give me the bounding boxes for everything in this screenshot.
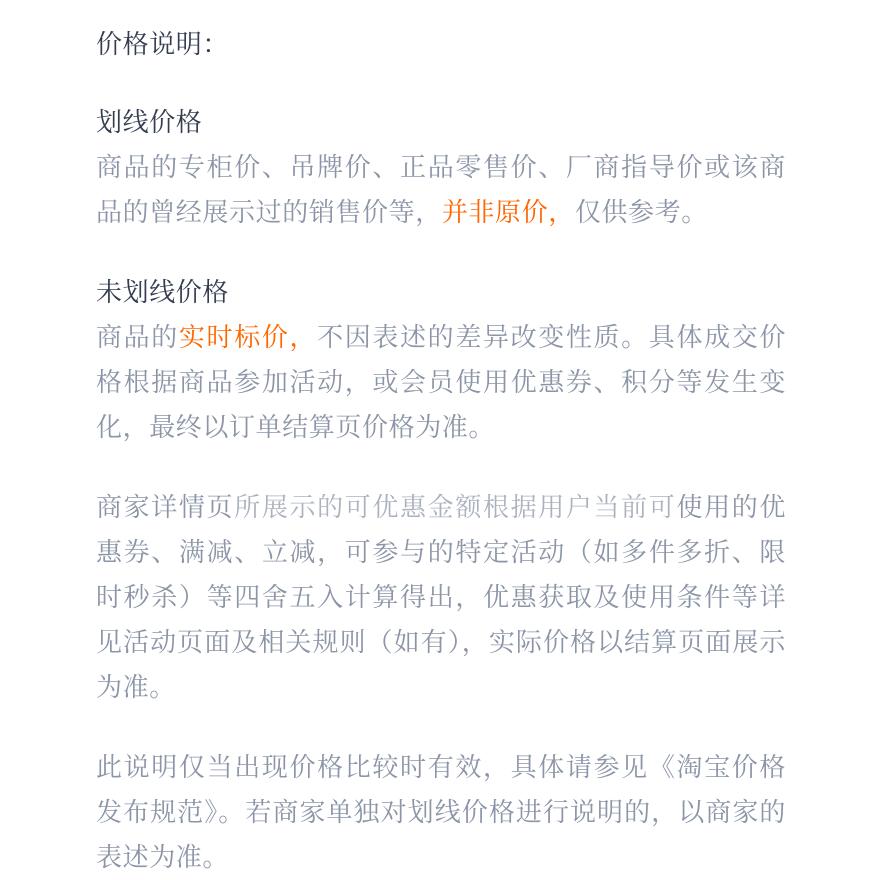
text-segment: 商品的 — [96, 322, 179, 352]
paragraph: 商品的实时标价，不因表述的差异改变性质。具体成交价格根据商品参加活动，或会员使用… — [96, 315, 786, 450]
section-block: 划线价格商品的专柜价、吊牌价、正品零售价、厂商指导价或该商品的曾经展示过的销售价… — [96, 100, 786, 235]
section-heading: 划线价格 — [96, 100, 786, 145]
text-segment: 仅供参考。 — [575, 197, 708, 227]
price-notice-page: 价格说明： 划线价格商品的专柜价、吊牌价、正品零售价、厂商指导价或该商品的曾经展… — [0, 0, 880, 880]
ghost-text: 所展示的可优惠金额根据用户当前可 — [234, 492, 676, 522]
paragraph: 商品的专柜价、吊牌价、正品零售价、厂商指导价或该商品的曾经展示过的销售价等，并非… — [96, 145, 786, 235]
paragraph: 商家详情页所展示的可优惠金额根据用户当前可使用的优惠券、满减、立减，可参与的特定… — [96, 485, 786, 710]
section-block: 未划线价格商品的实时标价，不因表述的差异改变性质。具体成交价格根据商品参加活动，… — [96, 270, 786, 450]
paragraph: 此说明仅当出现价格比较时有效，具体请参见《淘宝价格发布规范》。若商家单独对划线价… — [96, 745, 786, 880]
page-title: 价格说明： — [96, 22, 786, 67]
highlight-text: 实时标价， — [179, 322, 317, 352]
section-heading: 未划线价格 — [96, 270, 786, 315]
text-segment: 商家详情页 — [96, 492, 234, 522]
highlight-text: 并非原价， — [442, 197, 575, 227]
text-segment: 此说明仅当出现价格比较时有效，具体请参见《淘宝价格发布规范》。若商家单独对划线价… — [96, 752, 786, 872]
paragraph-block: 此说明仅当出现价格比较时有效，具体请参见《淘宝价格发布规范》。若商家单独对划线价… — [96, 745, 786, 880]
text-segment: 使用的优惠券、满减、立减，可参与的特定活动（如多件多折、限时秒杀）等四舍五入计算… — [96, 492, 786, 702]
content-blocks: 划线价格商品的专柜价、吊牌价、正品零售价、厂商指导价或该商品的曾经展示过的销售价… — [96, 100, 786, 880]
paragraph-block: 商家详情页所展示的可优惠金额根据用户当前可使用的优惠券、满减、立减，可参与的特定… — [96, 485, 786, 710]
